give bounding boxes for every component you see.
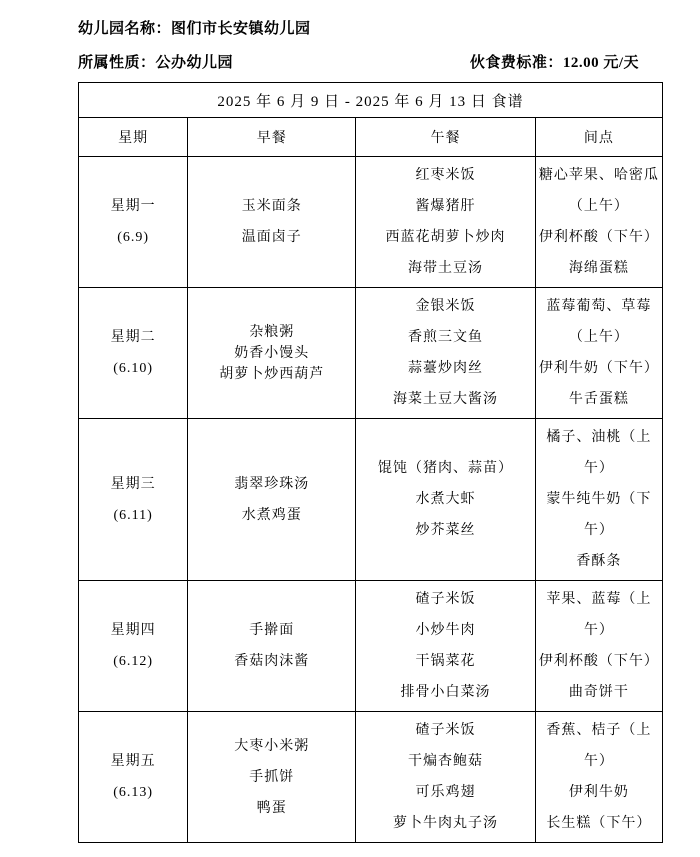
nature-label: 所属性质： bbox=[78, 55, 156, 71]
menu-item: 温面卤子 bbox=[190, 222, 353, 253]
menu-item: 小炒牛肉 bbox=[358, 615, 532, 646]
menu-item: 胡萝卜炒西葫芦 bbox=[190, 364, 353, 385]
menu-item: 萝卜牛肉丸子汤 bbox=[358, 808, 532, 839]
day-date: (6.12) bbox=[81, 646, 185, 677]
menu-row-0: 星期一(6.9)玉米面条温面卤子红枣米饭酱爆猪肝西蓝花胡萝卜炒肉海带土豆汤糖心苹… bbox=[79, 157, 663, 288]
menu-item: 碴子米饭 bbox=[358, 715, 532, 746]
menu-item: 排骨小白菜汤 bbox=[358, 677, 532, 708]
menu-item: 伊利牛奶 bbox=[538, 777, 660, 808]
menu-item: 水煮鸡蛋 bbox=[190, 500, 353, 531]
menu-item: 牛舌蛋糕 bbox=[538, 384, 660, 415]
menu-item: 大枣小米粥 bbox=[190, 731, 353, 762]
day-cell: 星期二(6.10) bbox=[79, 288, 188, 419]
menu-item: 手擀面 bbox=[190, 615, 353, 646]
day-date: (6.11) bbox=[81, 500, 185, 531]
breakfast-cell: 玉米面条温面卤子 bbox=[188, 157, 356, 288]
menu-item: 橘子、油桃（上午） bbox=[538, 422, 660, 484]
lunch-cell: 金银米饭香煎三文鱼蒜薹炒肉丝海菜土豆大酱汤 bbox=[356, 288, 535, 419]
menu-item: 碴子米饭 bbox=[358, 584, 532, 615]
fee-field: 伙食费标准：12.00 元/天 bbox=[470, 46, 663, 80]
breakfast-cell: 手擀面香菇肉沫酱 bbox=[188, 581, 356, 712]
kindergarten-name-value: 图们市长安镇幼儿园 bbox=[171, 21, 311, 37]
menu-item: 干煸杏鲍菇 bbox=[358, 746, 532, 777]
fee-value: 12.00 元/天 bbox=[563, 55, 639, 71]
menu-item: 伊利杯酸（下午） bbox=[538, 646, 660, 677]
menu-item: 海带土豆汤 bbox=[358, 253, 532, 284]
menu-item: 可乐鸡翅 bbox=[358, 777, 532, 808]
day-label: 星期一 bbox=[81, 191, 185, 222]
column-header-row: 星期早餐午餐间点 bbox=[79, 118, 663, 157]
column-header-2: 午餐 bbox=[356, 118, 535, 157]
day-cell: 星期三(6.11) bbox=[79, 419, 188, 581]
day-label: 星期五 bbox=[81, 746, 185, 777]
table-title-row: 2025 年 6 月 9 日 - 2025 年 6 月 13 日 食谱 bbox=[79, 83, 663, 118]
menu-item: 香蕉、桔子（上午） bbox=[538, 715, 660, 777]
day-label: 星期三 bbox=[81, 469, 185, 500]
snack-cell: 苹果、蓝莓（上午）伊利杯酸（下午）曲奇饼干 bbox=[535, 581, 662, 712]
menu-item: 伊利牛奶（下午） bbox=[538, 353, 660, 384]
menu-item: 香菇肉沫酱 bbox=[190, 646, 353, 677]
info-line: 所属性质：公办幼儿园 伙食费标准：12.00 元/天 bbox=[78, 46, 663, 80]
menu-item: 奶香小馒头 bbox=[190, 343, 353, 364]
document-page: 幼儿园名称：图们市长安镇幼儿园 所属性质：公办幼儿园 伙食费标准：12.00 元… bbox=[0, 0, 700, 857]
menu-item: 蒜薹炒肉丝 bbox=[358, 353, 532, 384]
menu-row-4: 星期五(6.13)大枣小米粥手抓饼鸭蛋碴子米饭干煸杏鲍菇可乐鸡翅萝卜牛肉丸子汤香… bbox=[79, 712, 663, 843]
menu-item: 香煎三文鱼 bbox=[358, 322, 532, 353]
menu-row-1: 星期二(6.10)杂粮粥奶香小馒头胡萝卜炒西葫芦金银米饭香煎三文鱼蒜薹炒肉丝海菜… bbox=[79, 288, 663, 419]
nature-value: 公办幼儿园 bbox=[156, 55, 234, 71]
day-cell: 星期一(6.9) bbox=[79, 157, 188, 288]
menu-item: 红枣米饭 bbox=[358, 160, 532, 191]
menu-item: 糖心苹果、哈密瓜 bbox=[538, 160, 660, 191]
document-header: 幼儿园名称：图们市长安镇幼儿园 所属性质：公办幼儿园 伙食费标准：12.00 元… bbox=[78, 12, 663, 80]
column-header-3: 间点 bbox=[535, 118, 662, 157]
menu-item: 伊利杯酸（下午） bbox=[538, 222, 660, 253]
lunch-cell: 碴子米饭小炒牛肉干锅菜花排骨小白菜汤 bbox=[356, 581, 535, 712]
menu-table-body: 星期一(6.9)玉米面条温面卤子红枣米饭酱爆猪肝西蓝花胡萝卜炒肉海带土豆汤糖心苹… bbox=[79, 157, 663, 843]
snack-cell: 香蕉、桔子（上午）伊利牛奶长生糕（下午） bbox=[535, 712, 662, 843]
menu-item: 海绵蛋糕 bbox=[538, 253, 660, 284]
menu-row-3: 星期四(6.12)手擀面香菇肉沫酱碴子米饭小炒牛肉干锅菜花排骨小白菜汤苹果、蓝莓… bbox=[79, 581, 663, 712]
menu-item: 炒芥菜丝 bbox=[358, 515, 532, 546]
menu-item: 香酥条 bbox=[538, 546, 660, 577]
menu-item: 玉米面条 bbox=[190, 191, 353, 222]
kindergarten-name-label: 幼儿园名称： bbox=[78, 21, 171, 37]
day-cell: 星期四(6.12) bbox=[79, 581, 188, 712]
menu-item: 干锅菜花 bbox=[358, 646, 532, 677]
day-date: (6.9) bbox=[81, 222, 185, 253]
column-header-0: 星期 bbox=[79, 118, 188, 157]
menu-item: （上午） bbox=[538, 191, 660, 222]
lunch-cell: 红枣米饭酱爆猪肝西蓝花胡萝卜炒肉海带土豆汤 bbox=[356, 157, 535, 288]
menu-item: 杂粮粥 bbox=[190, 322, 353, 343]
lunch-cell: 馄饨（猪肉、蒜苗）水煮大虾炒芥菜丝 bbox=[356, 419, 535, 581]
menu-item: 西蓝花胡萝卜炒肉 bbox=[358, 222, 532, 253]
menu-item: 蒙牛纯牛奶（下午） bbox=[538, 484, 660, 546]
snack-cell: 糖心苹果、哈密瓜（上午）伊利杯酸（下午）海绵蛋糕 bbox=[535, 157, 662, 288]
menu-item: 馄饨（猪肉、蒜苗） bbox=[358, 453, 532, 484]
day-date: (6.10) bbox=[81, 353, 185, 384]
menu-item: （上午） bbox=[538, 322, 660, 353]
menu-item: 手抓饼 bbox=[190, 762, 353, 793]
nature-field: 所属性质：公办幼儿园 bbox=[78, 46, 233, 80]
menu-item: 蓝莓葡萄、草莓 bbox=[538, 291, 660, 322]
column-header-1: 早餐 bbox=[188, 118, 356, 157]
menu-item: 鸭蛋 bbox=[190, 793, 353, 824]
snack-cell: 橘子、油桃（上午）蒙牛纯牛奶（下午）香酥条 bbox=[535, 419, 662, 581]
menu-item: 苹果、蓝莓（上午） bbox=[538, 584, 660, 646]
menu-item: 金银米饭 bbox=[358, 291, 532, 322]
kindergarten-name-line: 幼儿园名称：图们市长安镇幼儿园 bbox=[78, 12, 663, 46]
breakfast-cell: 大枣小米粥手抓饼鸭蛋 bbox=[188, 712, 356, 843]
menu-item: 曲奇饼干 bbox=[538, 677, 660, 708]
lunch-cell: 碴子米饭干煸杏鲍菇可乐鸡翅萝卜牛肉丸子汤 bbox=[356, 712, 535, 843]
menu-item: 长生糕（下午） bbox=[538, 808, 660, 839]
menu-item: 翡翠珍珠汤 bbox=[190, 469, 353, 500]
fee-label: 伙食费标准： bbox=[470, 55, 563, 71]
menu-row-2: 星期三(6.11)翡翠珍珠汤水煮鸡蛋馄饨（猪肉、蒜苗）水煮大虾炒芥菜丝橘子、油桃… bbox=[79, 419, 663, 581]
menu-table: 2025 年 6 月 9 日 - 2025 年 6 月 13 日 食谱 星期早餐… bbox=[78, 82, 663, 843]
breakfast-cell: 翡翠珍珠汤水煮鸡蛋 bbox=[188, 419, 356, 581]
menu-item: 水煮大虾 bbox=[358, 484, 532, 515]
day-cell: 星期五(6.13) bbox=[79, 712, 188, 843]
table-title: 2025 年 6 月 9 日 - 2025 年 6 月 13 日 食谱 bbox=[79, 83, 663, 118]
day-label: 星期四 bbox=[81, 615, 185, 646]
breakfast-cell: 杂粮粥奶香小馒头胡萝卜炒西葫芦 bbox=[188, 288, 356, 419]
menu-item: 海菜土豆大酱汤 bbox=[358, 384, 532, 415]
day-label: 星期二 bbox=[81, 322, 185, 353]
day-date: (6.13) bbox=[81, 777, 185, 808]
menu-item: 酱爆猪肝 bbox=[358, 191, 532, 222]
snack-cell: 蓝莓葡萄、草莓（上午）伊利牛奶（下午）牛舌蛋糕 bbox=[535, 288, 662, 419]
